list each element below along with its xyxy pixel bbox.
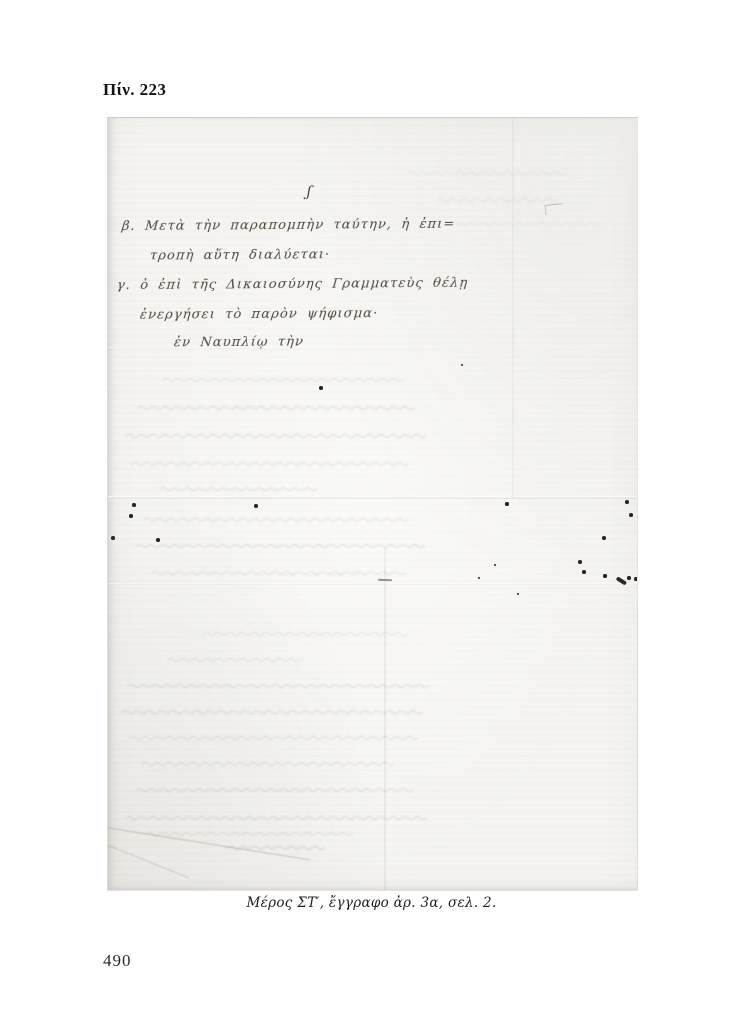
bleed-line [138, 407, 414, 410]
document-scan: ʃ β. Μετὰ τὴν παραπομπὴν ταύτην, ἡ ἐπι=τ… [107, 117, 638, 891]
pencil-corner-mark [545, 203, 564, 215]
ink-speck [111, 536, 115, 540]
page-number: 490 [103, 951, 132, 971]
bleed-line [160, 488, 316, 491]
ink-speck [625, 500, 629, 504]
bleed-line [144, 519, 408, 522]
bleed-line [228, 847, 324, 850]
ink-speck [582, 570, 586, 574]
book-page: Πίν. 223 ʃ β. Μετὰ τὴν παραπομπὴν ταύτην… [0, 0, 743, 1027]
bleed-line [128, 685, 428, 688]
bleed-line [130, 737, 418, 740]
bleed-line [148, 833, 352, 836]
ink-speck [132, 503, 136, 507]
handwriting-line: ἐνεργήσει τὸ παρὸν ψήφισμα· [139, 306, 379, 323]
ink-speck [494, 564, 496, 566]
ink-dash [378, 579, 392, 581]
bleed-line [136, 545, 424, 548]
bleed-line [152, 572, 404, 575]
ink-speck [517, 593, 519, 595]
bleed-line [132, 463, 408, 466]
bleed-line [136, 789, 412, 792]
ink-speck [603, 574, 607, 578]
ink-speck [254, 504, 258, 508]
ink-speck [156, 538, 160, 542]
bleed-line [126, 817, 426, 820]
handwriting-line: β. Μετὰ τὴν παραπομπὴν ταύτην, ἡ ἐπι= [121, 217, 456, 234]
handwriting-line: γ. ὁ ἐπὶ τῆς Δικαιοσύνης Γραμματεὺς θέλῃ [116, 276, 469, 293]
bleed-line [456, 223, 600, 226]
bleed-line [168, 659, 300, 662]
ink-speck [319, 386, 323, 390]
handwriting-line: τροπὴ αὕτη διαλύεται· [149, 247, 331, 263]
bleed-line [142, 763, 394, 766]
bleed-line [163, 379, 403, 382]
plate-label: Πίν. 223 [103, 80, 166, 100]
plate-caption: Μέρος ΣΤ′, ἔγγραφο ἀρ. 3α, σελ. 2. [107, 895, 636, 911]
bleed-line [122, 711, 422, 714]
ink-speck [634, 577, 638, 581]
ink-speck [629, 513, 633, 517]
bleed-line [203, 633, 407, 636]
ink-speck [478, 577, 480, 579]
ink-speck [129, 514, 133, 518]
ink-speck [627, 576, 631, 580]
ink-speck [505, 502, 509, 506]
bleed-line [438, 199, 558, 202]
bleed-line [408, 172, 564, 175]
ink-speck [461, 364, 463, 366]
bleed-line [126, 435, 426, 438]
handwriting-line: ἐν Ναυπλίῳ τὴν [173, 335, 305, 351]
bleed-through-text [108, 118, 637, 890]
ink-speck [602, 536, 606, 540]
ink-speck [578, 560, 582, 564]
